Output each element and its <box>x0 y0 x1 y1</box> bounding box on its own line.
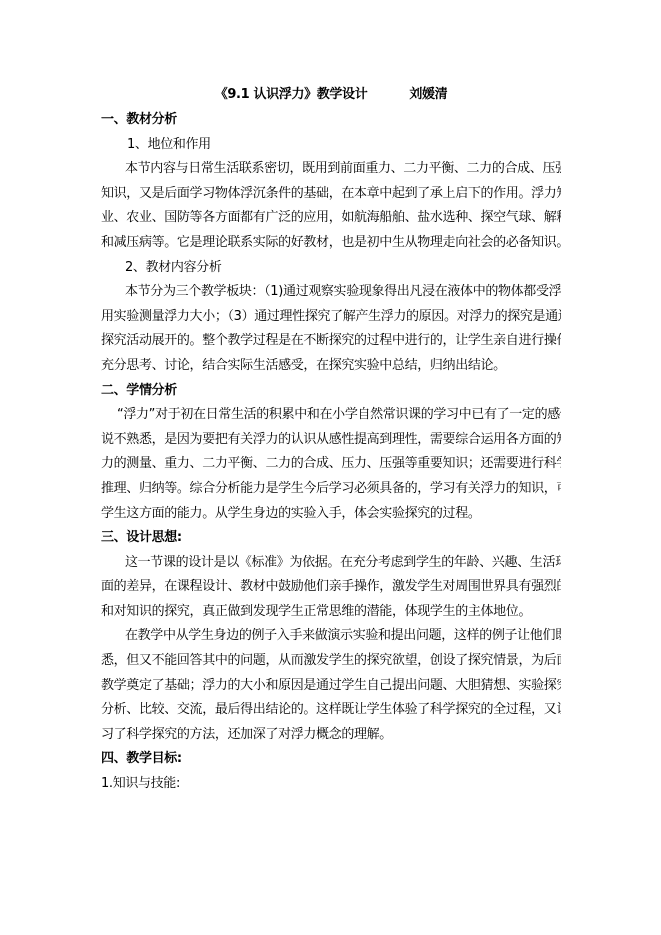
section-heading: 四、教学目标: <box>101 747 561 772</box>
subsection-heading: 1、地位和作用 <box>101 133 561 158</box>
paragraph-line: 习了科学探究的方法，还加深了对浮力概念的理解。 <box>101 723 561 748</box>
paragraph-line: 和对知识的探究，真正做到发现学生正常思维的潜能，体现学生的主体地位。 <box>101 600 561 625</box>
subsection-heading: 1.知识与技能: <box>101 772 561 797</box>
paragraph-line: 用实验测量浮力大小；（3）通过理性探究了解产生浮力的原因。对浮力的探究是通过三个 <box>101 305 561 330</box>
paragraph-line: 这一节课的设计是以《标准》为依据。在充分考虑到学生的年龄、兴趣、生活环境等方 <box>101 551 561 576</box>
paragraph-line: 本节分为三个教学板块：（1)通过观察实验现象得出凡浸在液体中的物体都受浮力；（2… <box>101 280 561 305</box>
paragraph-line: 面的差异，在课程设计、教材中鼓励他们亲手操作，激发学生对周围世界具有强烈的好奇心 <box>101 575 561 600</box>
paragraph-line: 探究活动展开的。整个教学过程是在不断探究的过程中进行的，让学生亲自进行操作体验， <box>101 329 561 354</box>
paragraph-line: 力的测量、重力、二力平衡、二力的合成、压力、压强等重要知识；还需要进行科学的分析… <box>101 452 561 477</box>
section-heading: 二、学情分析 <box>101 379 561 404</box>
document-title-line: 《9.1 认识浮力》教学设计刘媛清 <box>101 84 561 108</box>
document-page: 《9.1 认识浮力》教学设计刘媛清 一、教材分析 1、地位和作用 本节内容与日常… <box>101 84 561 797</box>
section-heading: 一、教材分析 <box>101 108 561 133</box>
paragraph-line: 悉，但又不能回答其中的问题，从而激发学生的探究欲望，创设了探究情景，为后面的探究 <box>101 649 561 674</box>
document-title: 《9.1 认识浮力》教学设计 <box>215 87 368 102</box>
paragraph-line: 业、农业、国防等各方面都有广泛的应用，如航海船舶、盐水选种、探空气球、解释潜水病 <box>101 206 561 231</box>
paragraph-line: 学生这方面的能力。从学生身边的实验入手，体会实验探究的过程。 <box>101 502 561 527</box>
paragraph-line: 和减压病等。它是理论联系实际的好教材，也是初中生从物理走向社会的必备知识。 <box>101 231 561 256</box>
paragraph-line: 充分思考、讨论，结合实际生活感受，在探究实验中总结，归纳出结论。 <box>101 354 561 379</box>
paragraph-line: 本节内容与日常生活联系密切，既用到前面重力、二力平衡、二力的合成、压强等有关 <box>101 157 561 182</box>
paragraph-line: 知识，又是后面学习物体浮沉条件的基础，在本章中起到了承上启下的作用。浮力知识在工 <box>101 182 561 207</box>
paragraph-line: 教学奠定了基础；浮力的大小和原因是通过学生自己提出问题、大胆猜想、实验探究，经过 <box>101 674 561 699</box>
paragraph-line: “浮力”对于初在日常生活的积累中和在小学自然常识课的学习中已有了一定的感性认识 <box>101 403 561 428</box>
paragraph-line: 在教学中从学生身边的例子入手来做演示实验和提出问题，这样的例子让他们既觉得熟 <box>101 624 561 649</box>
paragraph-line: 说不熟悉，是因为要把有关浮力的认识从感性提高到理性，需要综合运用各方面的知识，如 <box>101 428 561 453</box>
paragraph-line: 推理、归纳等。综合分析能力是学生今后学习必须具备的，学习有关浮力的知识，可以培养 <box>101 477 561 502</box>
paragraph-line: 分析、比较、交流，最后得出结论的。这样既让学生体验了科学探究的全过程，又让学生学 <box>101 698 561 723</box>
section-heading: 三、设计思想: <box>101 526 561 551</box>
document-author: 刘媛清 <box>409 87 447 102</box>
subsection-heading: 2、教材内容分析 <box>101 256 561 281</box>
